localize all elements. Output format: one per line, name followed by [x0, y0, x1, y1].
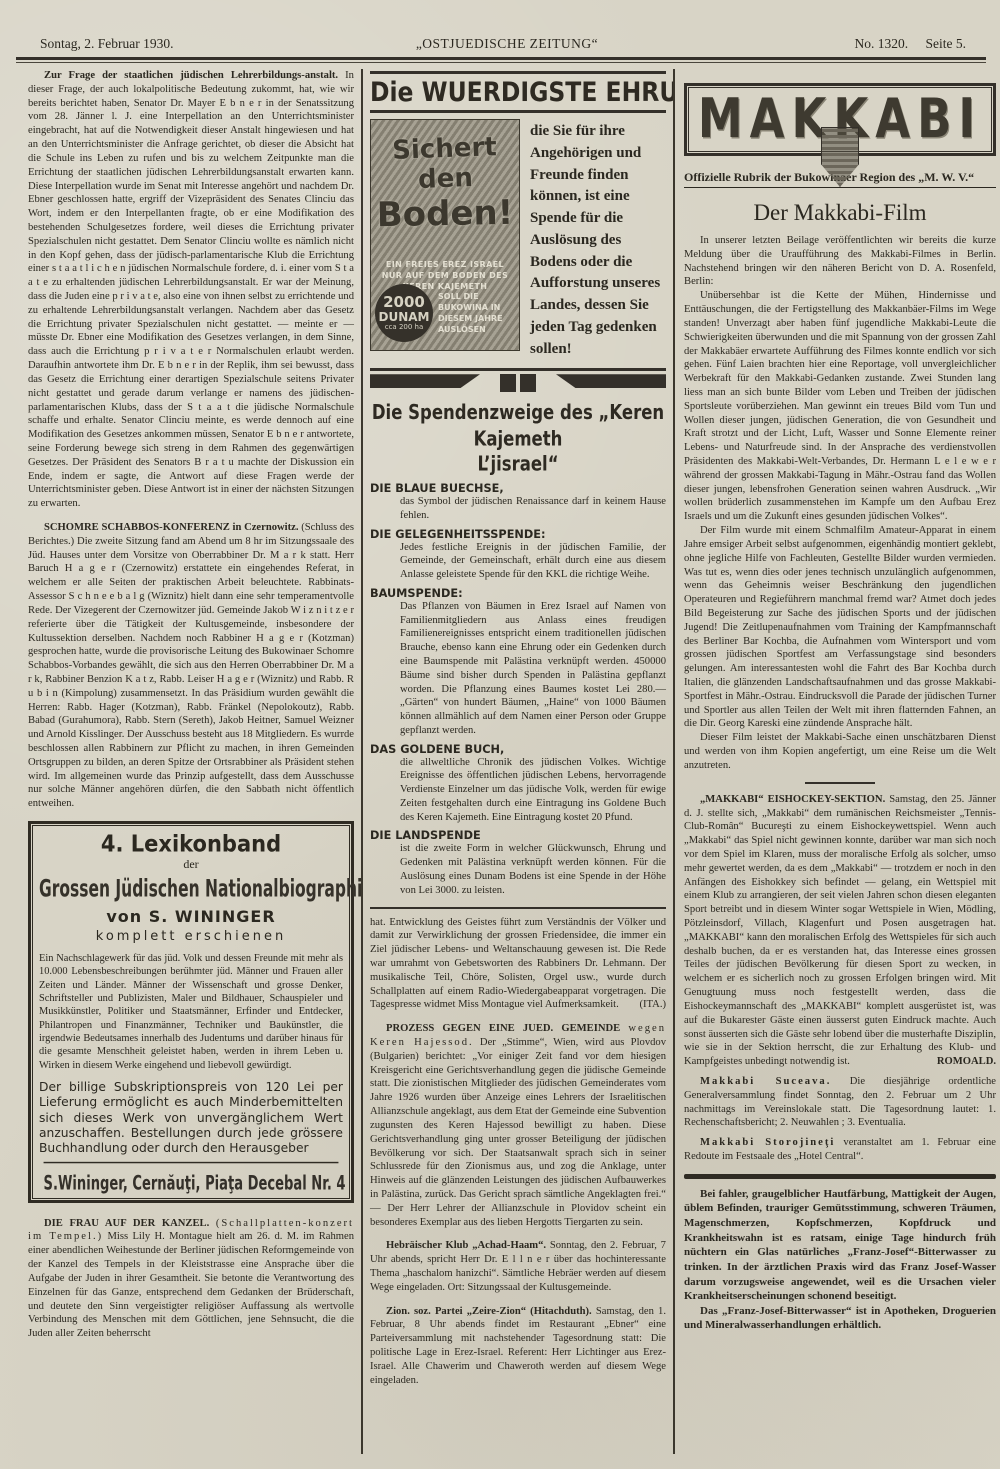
notice-makkabi-suceava: Makkabi Suceava. Die diesjährige ordentl…: [684, 1075, 996, 1130]
lexikon-ad-price: Der billige Subskriptionspreis von 120 L…: [39, 1080, 343, 1157]
lexikon-ad-author: von S. WININGER: [39, 907, 343, 926]
spenden-headline-line1: Die Spendenzweige des „Keren Kajemeth: [370, 401, 666, 453]
ornament-left-shape: [370, 374, 480, 388]
article-frau-kanzel-body: Miss Lily H. Montague hielt am 26. d. M.…: [28, 1231, 354, 1339]
ehrung-ad-head-rule: [370, 110, 666, 113]
film-paragraph-4: Dieser Film leistet der Makkabi-Sache ei…: [684, 731, 996, 772]
masthead-issue: No. 1320.: [855, 36, 909, 51]
lexikon-ad-title: Grossen Jüdischen Nationalbiographie: [39, 875, 343, 903]
article-eishockey: „MAKKABI“ EISHOCKEY-SEKTION. Samstag, de…: [684, 793, 996, 1069]
notice-makkabi-storojinet: Makkabi Storojineţi veranstaltet am 1. F…: [684, 1136, 996, 1164]
lexikon-ad-address: S.Wininger, Cernăuţi, Piaţa Decebal Nr. …: [44, 1161, 339, 1194]
article-frau-kanzel-lead: DIE FRAU AUF DER KANZEL.: [44, 1218, 209, 1229]
sichert-den-boden-poster: Sichert den Boden! EIN FREIES EREZ ISRAE…: [370, 119, 520, 351]
article-lehrerbildung-body: In dieser Frage, der auch lokalpolitisch…: [28, 70, 354, 509]
ornament-center-shapes: [500, 374, 536, 392]
masthead-issue-page: No. 1320. Seite 5.: [841, 36, 967, 52]
article-schomre-lead: SCHOMRE SCHABBOS-KONFERENZ in Czernowitz…: [44, 522, 299, 533]
column-middle: Die WUERDIGSTE EHRUNG, Sichert den Boden…: [361, 69, 675, 1454]
spenden-headline-line2: L’jisrael“: [370, 452, 666, 478]
dunam-badge-number: 2000: [375, 295, 433, 311]
spenden-headline: Die Spendenzweige des „Keren Kajemeth L’…: [370, 401, 666, 478]
spenden-head-4: DIE LANDSPENDE: [370, 829, 666, 842]
notice-achad-haam-lead: Hebräischer Klub „Achad-Haam“.: [386, 1240, 546, 1251]
article-schomre-body: (Schluss des Berichtes.) Die zweite Sitz…: [28, 522, 354, 809]
dunam-badge-unit: DUNAM: [375, 311, 433, 324]
spenden-head-3: DAS GOLDENE BUCH,: [370, 743, 666, 756]
spenden-section-baumspende: BAUMSPENDE: Das Pflanzen von Bäumen in E…: [370, 587, 666, 738]
column-left: Zur Frage der staatlichen jüdischen Lehr…: [28, 69, 361, 1454]
spenden-section-blaue-buechse: DIE BLAUE BUECHSE, das Symbol der jüdisc…: [370, 482, 666, 523]
page-columns: Zur Frage der staatlichen jüdischen Lehr…: [28, 69, 1000, 1454]
film-paragraph-1: In unserer letzten Beilage veröffentlich…: [684, 234, 996, 289]
article-montague-continuation: hat. Entwicklung des Geistes führt zum V…: [370, 916, 666, 1013]
ita-credit: (ITA.): [639, 998, 666, 1012]
notice-achad-haam: Hebräischer Klub „Achad-Haam“. Sonntag, …: [370, 1239, 666, 1294]
bitterwasser-ad-text: Bei fahler, graugelblicher Hautfärbung, …: [684, 1187, 996, 1304]
column-right: MAKKABI Offizielle Rubrik der Bukowinaer…: [675, 69, 996, 1454]
ehrung-ad-content: Sichert den Boden! EIN FREIES EREZ ISRAE…: [370, 119, 666, 360]
masthead-title: „OSTJUEDISCHE ZEITUNG“: [416, 36, 598, 52]
masthead-date: Sontag, 2. Februar 1930.: [40, 36, 173, 52]
bitterwasser-ad-availability: Das „Franz-Josef-Bitterwasser“ ist in Ap…: [684, 1304, 996, 1333]
dunam-badge-area: cca 200 ha: [375, 324, 433, 331]
spenden-body-2: Das Pflanzen von Bäumen in Erez Israel a…: [400, 600, 666, 738]
article-schomre: SCHOMRE SCHABBOS-KONFERENZ in Czernowitz…: [28, 521, 354, 811]
makkabi-header: MAKKABI: [684, 83, 996, 156]
spenden-section-goldenes-buch: DAS GOLDENE BUCH, die allweltliche Chron…: [370, 743, 666, 825]
spenden-head-2: BAUMSPENDE:: [370, 587, 666, 600]
spenden-head-1: DIE GELEGENHEITSSPENDE:: [370, 528, 666, 541]
article-lehrerbildung: Zur Frage der staatlichen jüdischen Lehr…: [28, 69, 354, 511]
ad-separator-band: [684, 1174, 996, 1179]
makkabi-film-headline: Der Makkabi-Film: [684, 200, 996, 226]
notice-zeire-zion-lead: Zion. soz. Partei „Zeire-Zion“ (Hitachdu…: [386, 1306, 592, 1317]
middle-column-rule: [370, 907, 666, 909]
film-paragraph-3: Der Film wurde mit einem Schmalfilm Amat…: [684, 524, 996, 731]
masthead-rule: [16, 57, 986, 63]
spenden-section-landspende: DIE LANDSPENDE ist die zweite Form in we…: [370, 829, 666, 897]
article-prozess-lead: PROZESS GEGEN EINE JUED. GEMEINDE: [386, 1023, 620, 1034]
ornament-right-shape: [556, 374, 666, 388]
poster-note: SOLL DIE BUKOWINA IN DIESEM JAHRE AUSLÖS…: [438, 291, 515, 336]
article-lehrerbildung-lead: Zur Frage der staatlichen jüdischen Lehr…: [44, 70, 338, 81]
spenden-body-0: das Symbol der jüdischen Renaissance dar…: [400, 495, 666, 523]
newspaper-page: Sontag, 2. Februar 1930. „OSTJUEDISCHE Z…: [0, 0, 1000, 1469]
lexikon-ad: 4. Lexikonband der Grossen Jüdischen Nat…: [28, 821, 354, 1203]
article-frau-kanzel: DIE FRAU AUF DER KANZEL. (Schallplatten-…: [28, 1217, 354, 1341]
montague-continuation-text: hat. Entwicklung des Geistes führt zum V…: [370, 917, 666, 1011]
notice-storojinet-lead: Makkabi Storojineţi: [700, 1137, 835, 1148]
spenden-head-0: DIE BLAUE BUECHSE,: [370, 482, 666, 495]
dunam-badge: 2000 DUNAM cca 200 ha: [375, 284, 433, 342]
ehrung-ad-text: die Sie für ihre Angehörigen und Freunde…: [520, 119, 666, 360]
film-end-rule: [805, 782, 875, 784]
article-prozess: PROZESS GEGEN EINE JUED. GEMEINDE wegen …: [370, 1022, 666, 1229]
masthead: Sontag, 2. Februar 1930. „OSTJUEDISCHE Z…: [40, 36, 966, 52]
poster-footer: 2000 DUNAM cca 200 ha SOLL DIE BUKOWINA …: [375, 284, 515, 342]
lexikon-ad-volume: 4. Lexikonband: [39, 831, 343, 857]
spenden-body-1: Jedes festliche Ereignis in der jüdische…: [400, 541, 666, 582]
ad-ornament-border: [370, 368, 666, 394]
article-eishockey-body: Samstag, den 25. Jänner d. J. stellte si…: [684, 794, 996, 1067]
ehrung-ad-top-rule: [370, 71, 666, 74]
ehrung-ad: Die WUERDIGSTE EHRUNG, Sichert den Boden…: [370, 71, 666, 394]
article-prozess-body: Der „Stimme“, Wien, wird aus Plovdov (Bu…: [370, 1037, 666, 1228]
masthead-page-number: Seite 5.: [926, 36, 967, 51]
bitterwasser-ad: Bei fahler, graugelblicher Hautfärbung, …: [684, 1187, 996, 1333]
article-eishockey-lead: „MAKKABI“ EISHOCKEY-SEKTION.: [700, 794, 885, 805]
lexikon-ad-status: komplett erschienen: [39, 929, 343, 944]
poster-title-line2: Boden!: [375, 193, 516, 235]
notice-suceava-lead: Makkabi Suceava.: [700, 1076, 831, 1087]
lexikon-ad-description: Ein Nachschlagewerk für das jüd. Volk un…: [39, 952, 343, 1072]
spenden-section-gelegenheitsspende: DIE GELEGENHEITSSPENDE: Jedes festliche …: [370, 528, 666, 582]
notice-zeire-zion: Zion. soz. Partei „Zeire-Zion“ (Hitachdu…: [370, 1305, 666, 1388]
spenden-body-3: die allweltliche Chronik des jüdischen V…: [400, 756, 666, 825]
article-eishockey-signature: ROMOALD.: [921, 1055, 996, 1069]
notice-zeire-zion-body: Samstag, den 1. Februar, 8 Uhr abends fi…: [370, 1306, 666, 1386]
spenden-body-4: ist die zweite Form in welcher Glückwuns…: [400, 842, 666, 897]
ehrung-ad-headline: Die WUERDIGSTE EHRUNG,: [370, 76, 666, 108]
lexikon-ad-der: der: [39, 857, 343, 872]
poster-title-line1: Sichert den: [374, 132, 516, 197]
film-paragraph-2: Unübersehbar ist die Kette der Mühen, Hi…: [684, 289, 996, 524]
